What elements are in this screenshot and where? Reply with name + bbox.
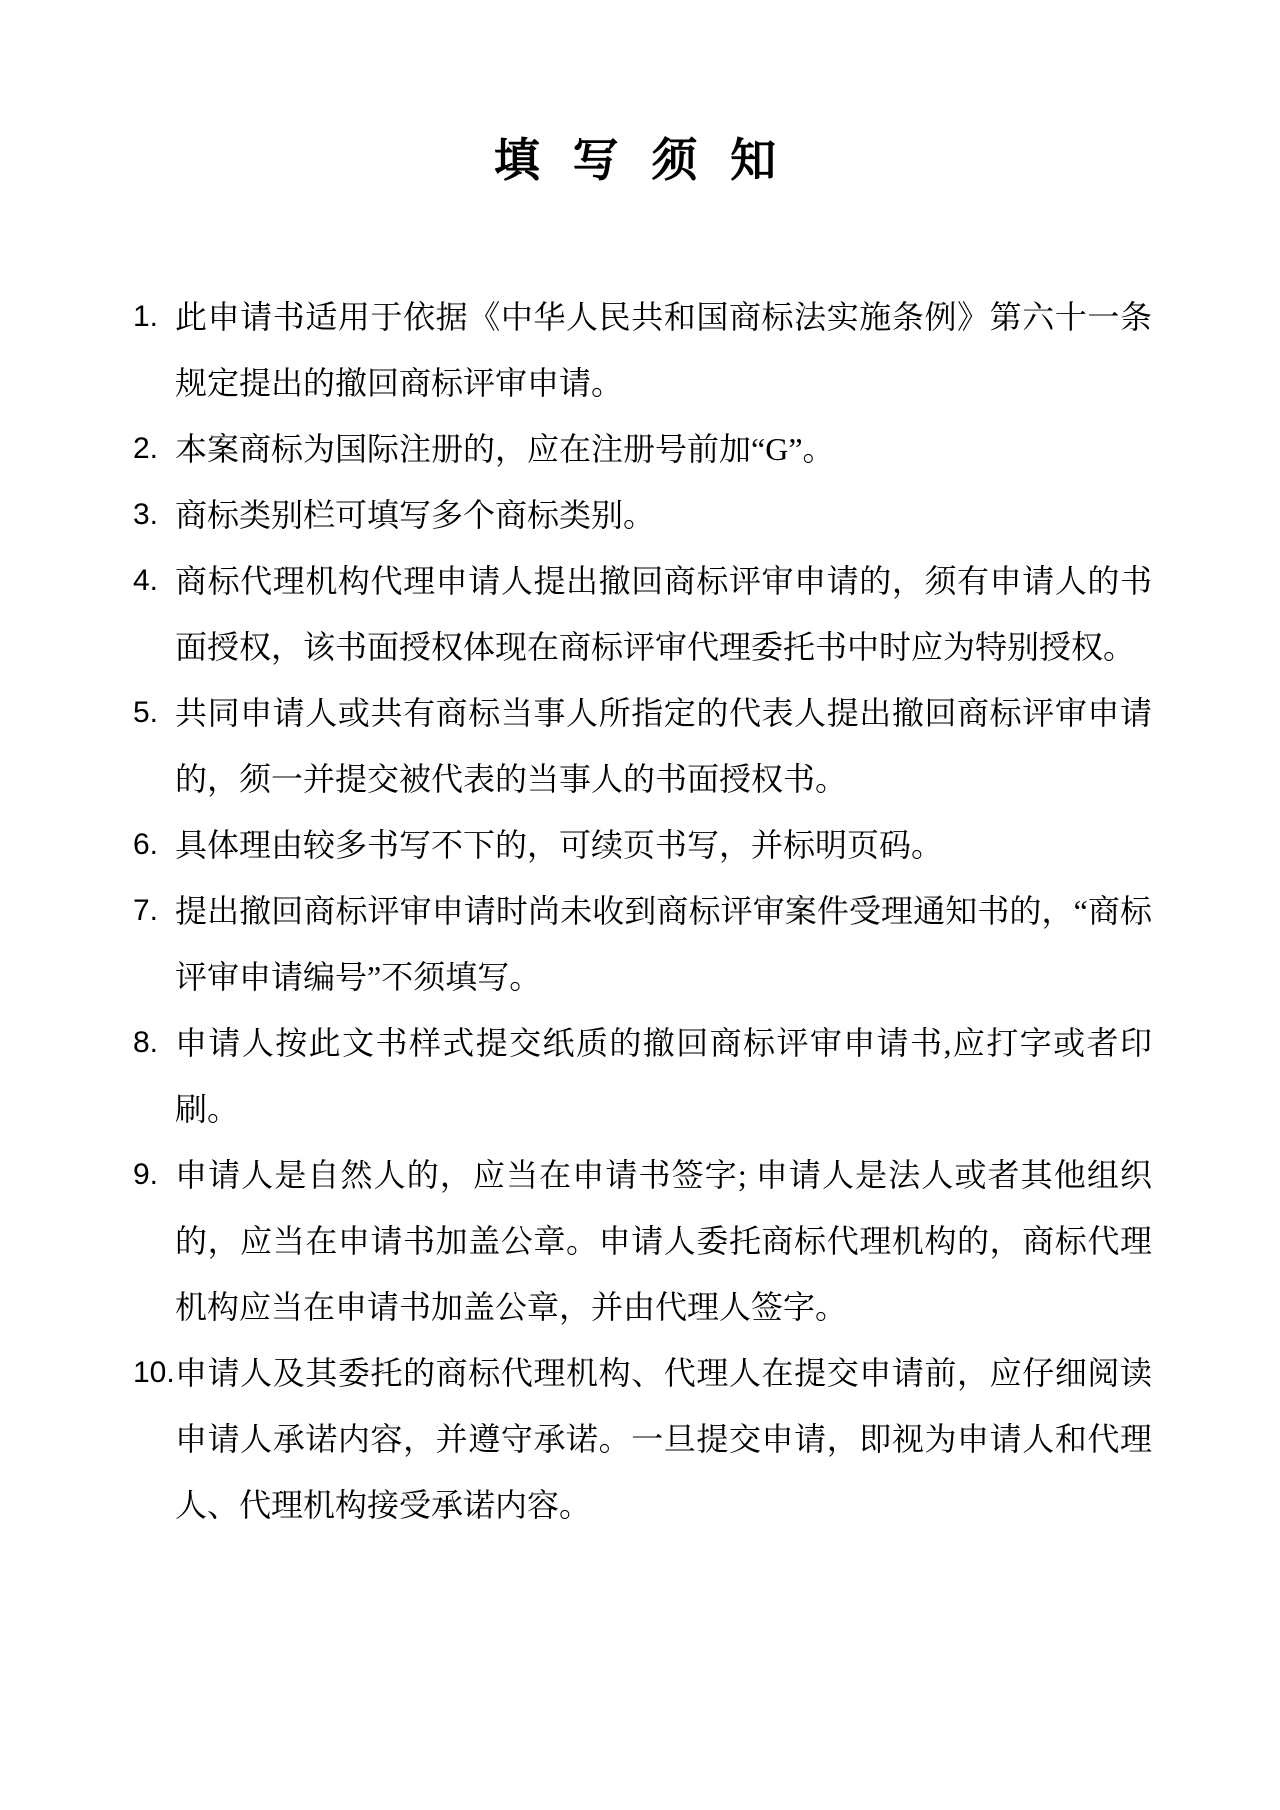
item-text: 本案商标为国际注册的，应在注册号前加“G”。 [175,416,1152,482]
list-item: 3. 商标类别栏可填写多个商标类别。 [133,482,1152,548]
list-item: 5. 共同申请人或共有商标当事人所指定的代表人提出撤回商标评审申请的，须一并提交… [133,680,1152,812]
list-item: 8. 申请人按此文书样式提交纸质的撤回商标评审申请书,应打字或者印刷。 [133,1010,1152,1142]
instruction-list: 1. 此申请书适用于依据《中华人民共和国商标法实施条例》第六十一条规定提出的撤回… [133,284,1152,1538]
item-text: 具体理由较多书写不下的，可续页书写，并标明页码。 [175,812,1152,878]
item-text: 提出撤回商标评审申请时尚未收到商标评审案件受理通知书的，“商标评审申请编号”不须… [175,878,1152,1010]
list-item: 7. 提出撤回商标评审申请时尚未收到商标评审案件受理通知书的，“商标评审申请编号… [133,878,1152,1010]
list-item: 9. 申请人是自然人的，应当在申请书签字; 申请人是法人或者其他组织的，应当在申… [133,1142,1152,1340]
item-number: 1. [133,284,175,350]
list-item: 10. 申请人及其委托的商标代理机构、代理人在提交申请前，应仔细阅读申请人承诺内… [133,1340,1152,1538]
item-number: 3. [133,482,175,548]
item-number: 6. [133,812,175,878]
item-text: 商标类别栏可填写多个商标类别。 [175,482,1152,548]
item-text: 共同申请人或共有商标当事人所指定的代表人提出撤回商标评审申请的，须一并提交被代表… [175,680,1152,812]
item-text: 申请人及其委托的商标代理机构、代理人在提交申请前，应仔细阅读申请人承诺内容，并遵… [175,1340,1152,1538]
item-number: 7. [133,878,175,944]
item-number: 8. [133,1010,175,1076]
item-number: 4. [133,548,175,614]
item-text: 商标代理机构代理申请人提出撤回商标评审申请的，须有申请人的书面授权，该书面授权体… [175,548,1152,680]
list-item: 1. 此申请书适用于依据《中华人民共和国商标法实施条例》第六十一条规定提出的撤回… [133,284,1152,416]
item-number: 2. [133,416,175,482]
item-number: 5. [133,680,175,746]
item-text: 申请人按此文书样式提交纸质的撤回商标评审申请书,应打字或者印刷。 [175,1010,1152,1142]
item-number: 10. [133,1340,175,1406]
item-number: 9. [133,1142,175,1208]
list-item: 6. 具体理由较多书写不下的，可续页书写，并标明页码。 [133,812,1152,878]
list-item: 2. 本案商标为国际注册的，应在注册号前加“G”。 [133,416,1152,482]
list-item: 4. 商标代理机构代理申请人提出撤回商标评审申请的，须有申请人的书面授权，该书面… [133,548,1152,680]
page-title: 填 写 须 知 [0,0,1280,192]
item-text: 此申请书适用于依据《中华人民共和国商标法实施条例》第六十一条规定提出的撤回商标评… [175,284,1152,416]
item-text: 申请人是自然人的，应当在申请书签字; 申请人是法人或者其他组织的，应当在申请书加… [175,1142,1152,1340]
document-page: 填 写 须 知 1. 此申请书适用于依据《中华人民共和国商标法实施条例》第六十一… [0,0,1280,1810]
